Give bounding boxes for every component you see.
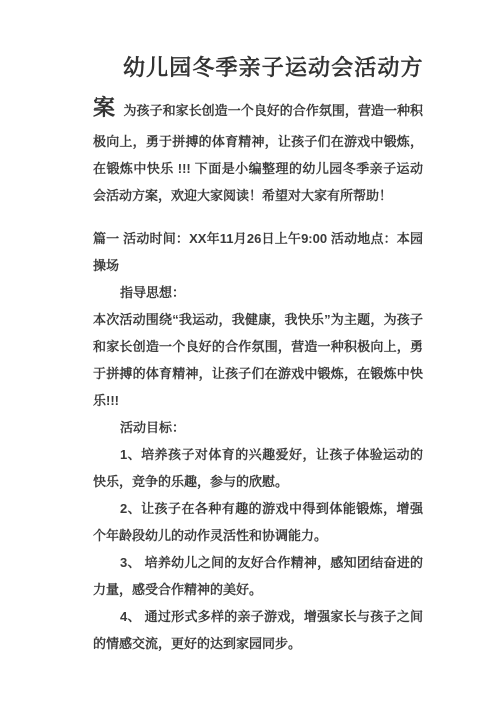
paragraph: 指导思想： [93, 279, 423, 306]
document-page: 幼儿园冬季亲子运动会活动方案为孩子和家长创造一个良好的合作氛围，营造一种积极向上… [0, 0, 500, 708]
intro-text: 为孩子和家长创造一个良好的合作氛围，营造一种积极向上，勇于拼搏的体育精神，让孩子… [93, 103, 423, 203]
paragraph: 4、 通过形式多样的亲子游戏，增强家长与孩子之间的情感交流，更好的达到家园同步。 [93, 603, 423, 657]
paragraph: 活动目标： [93, 414, 423, 441]
document-body: 篇一 活动时间：XX年11月26日上午9:00 活动地点：本园操场指导思想：本次… [93, 225, 423, 657]
paragraph: 本次活动围绕“我运动，我健康，我快乐”为主题，为孩子和家长创造一个良好的合作氛围… [93, 306, 423, 414]
paragraph: 1、培养孩子对体育的兴趣爱好，让孩子体验运动的快乐，竞争的乐趣，参与的欣慰。 [93, 441, 423, 495]
paragraph: 2、让孩子在各种有趣的游戏中得到体能锻炼，增强个年龄段幼儿的动作灵活性和协调能力… [93, 495, 423, 549]
document-content: 幼儿园冬季亲子运动会活动方案为孩子和家长创造一个良好的合作氛围，营造一种积极向上… [93, 48, 423, 657]
title-paragraph: 幼儿园冬季亲子运动会活动方案为孩子和家长创造一个良好的合作氛围，营造一种积极向上… [93, 48, 423, 209]
paragraph: 3、 培养幼儿之间的友好合作精神，感知团结奋进的力量，感受合作精神的美好。 [93, 549, 423, 603]
paragraph: 篇一 活动时间：XX年11月26日上午9:00 活动地点：本园操场 [93, 225, 423, 279]
